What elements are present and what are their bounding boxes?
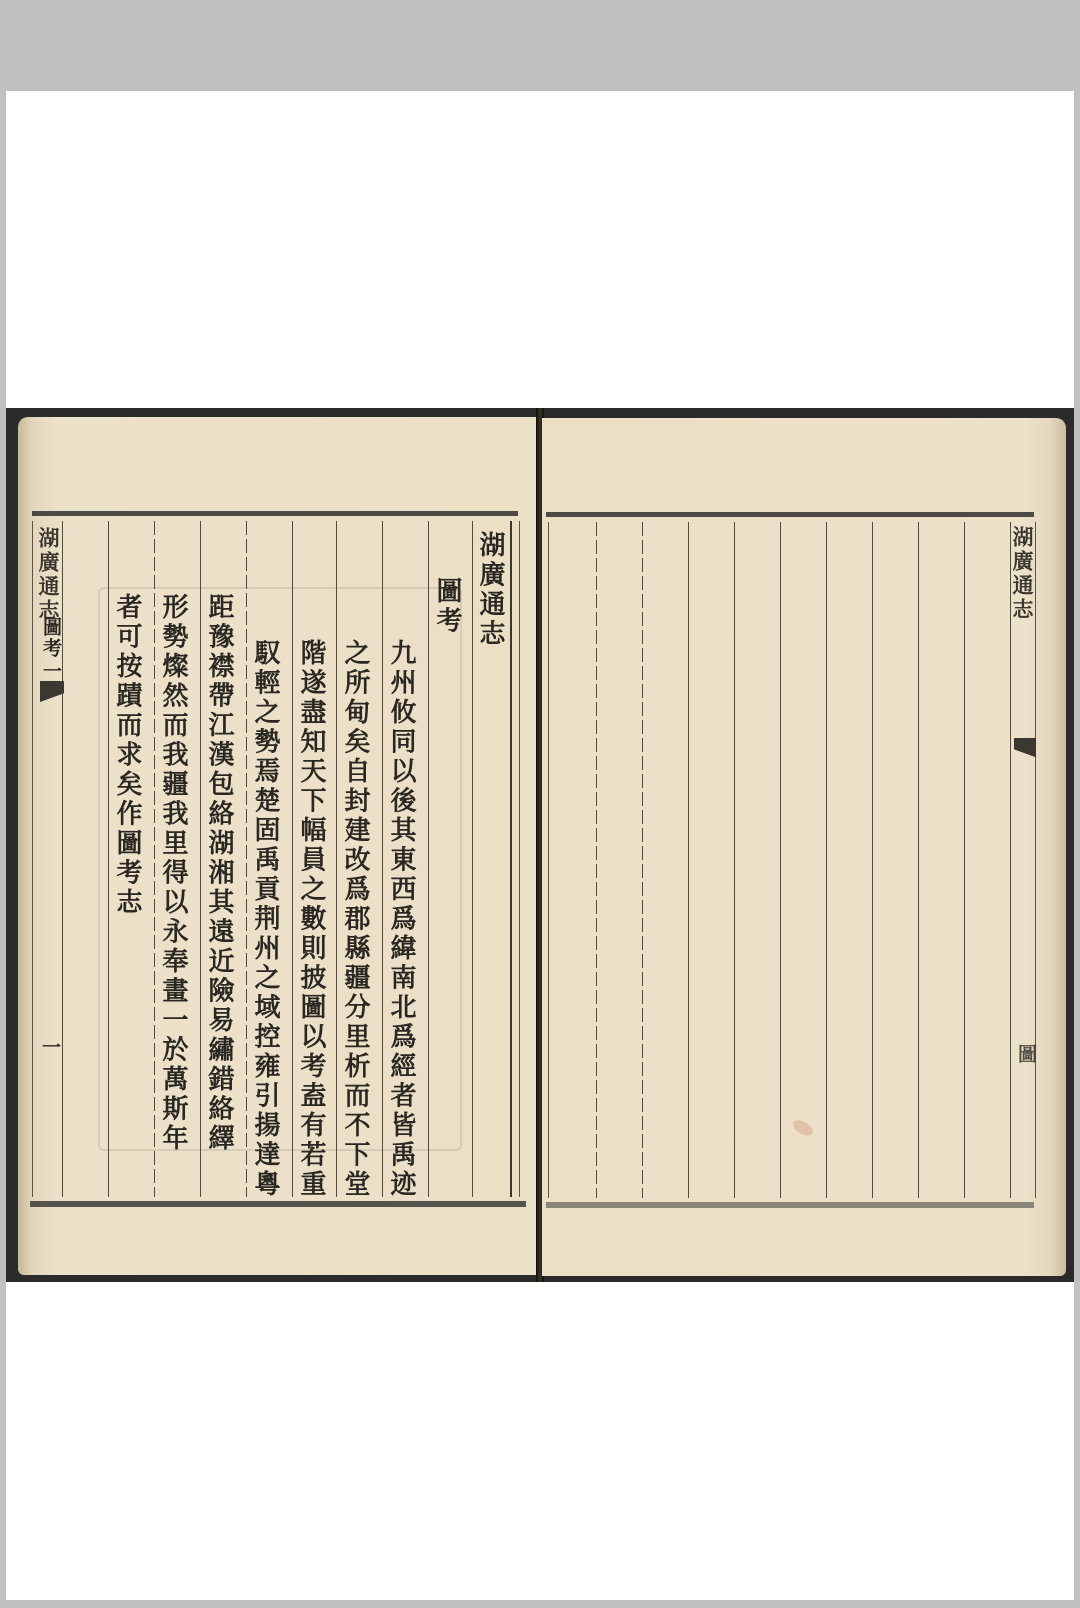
bottom-border-rule bbox=[546, 1202, 1034, 1208]
spine-section: 圖考 bbox=[41, 617, 60, 659]
column-divider bbox=[62, 521, 63, 1197]
column-divider bbox=[154, 521, 155, 1197]
fish-tail-mark bbox=[40, 681, 64, 707]
right-page: 湖廣通志 圖 bbox=[542, 418, 1066, 1276]
spine-title: 湖廣通志 bbox=[1012, 526, 1033, 622]
column-divider bbox=[472, 521, 473, 1197]
column-divider bbox=[1010, 522, 1011, 1198]
inner-margin-line bbox=[510, 521, 512, 1197]
column-divider bbox=[336, 521, 337, 1197]
spine-volume: 一 bbox=[41, 661, 60, 682]
column-divider bbox=[964, 522, 965, 1198]
left-page: 湖廣通志 圖考 一 一 湖廣通志 圖考 九州攸同以後其東西爲緯南北爲經者皆禹迹 … bbox=[18, 417, 538, 1275]
book-heading: 湖廣通志 bbox=[477, 531, 503, 649]
column-divider bbox=[642, 522, 643, 1198]
text-column-3: 階遂盡知天下幅員之數則披圖以考盍有若重 bbox=[298, 639, 324, 1200]
spine-title: 湖廣通志 bbox=[38, 527, 59, 623]
text-column-5: 距豫襟帶江漢包絡湖湘其遠近險易繡錯絡繹 bbox=[206, 593, 232, 1154]
text-column-4: 馭輕之勢焉楚固禹貢荆州之域控雍引揚達粵 bbox=[252, 639, 278, 1200]
text-column-2: 之所甸矣自封建改爲郡縣疆分里析而不下堂 bbox=[342, 639, 368, 1200]
column-divider bbox=[108, 521, 109, 1197]
column-divider bbox=[918, 522, 919, 1198]
top-border-rule bbox=[32, 511, 518, 516]
column-divider bbox=[292, 521, 293, 1197]
column-divider bbox=[780, 522, 781, 1198]
column-divider bbox=[734, 522, 735, 1198]
top-border-rule bbox=[546, 512, 1034, 517]
folio-number: 一 bbox=[40, 1037, 59, 1058]
section-heading: 圖考 bbox=[434, 577, 460, 636]
text-column-1: 九州攸同以後其東西爲緯南北爲經者皆禹迹 bbox=[388, 639, 414, 1200]
column-divider bbox=[428, 521, 429, 1197]
text-frame bbox=[548, 522, 1036, 1198]
column-divider bbox=[382, 521, 383, 1197]
column-divider bbox=[596, 522, 597, 1198]
column-divider bbox=[200, 521, 201, 1197]
column-divider bbox=[246, 521, 247, 1197]
column-divider bbox=[688, 522, 689, 1198]
bottom-border-rule bbox=[30, 1201, 526, 1207]
fish-tail-mark bbox=[1014, 738, 1036, 762]
text-column-6: 形勢燦然而我疆我里得以永奉畫一於萬斯年 bbox=[160, 593, 186, 1154]
column-divider bbox=[872, 522, 873, 1198]
book-scan-image: 湖廣通志 圖考 一 一 湖廣通志 圖考 九州攸同以後其東西爲緯南北爲經者皆禹迹 … bbox=[6, 408, 1074, 1282]
column-divider bbox=[826, 522, 827, 1198]
text-column-7: 者可按蹟而求矣作圖考志 bbox=[114, 593, 140, 918]
folio-mark: 圖 bbox=[1016, 1044, 1035, 1065]
